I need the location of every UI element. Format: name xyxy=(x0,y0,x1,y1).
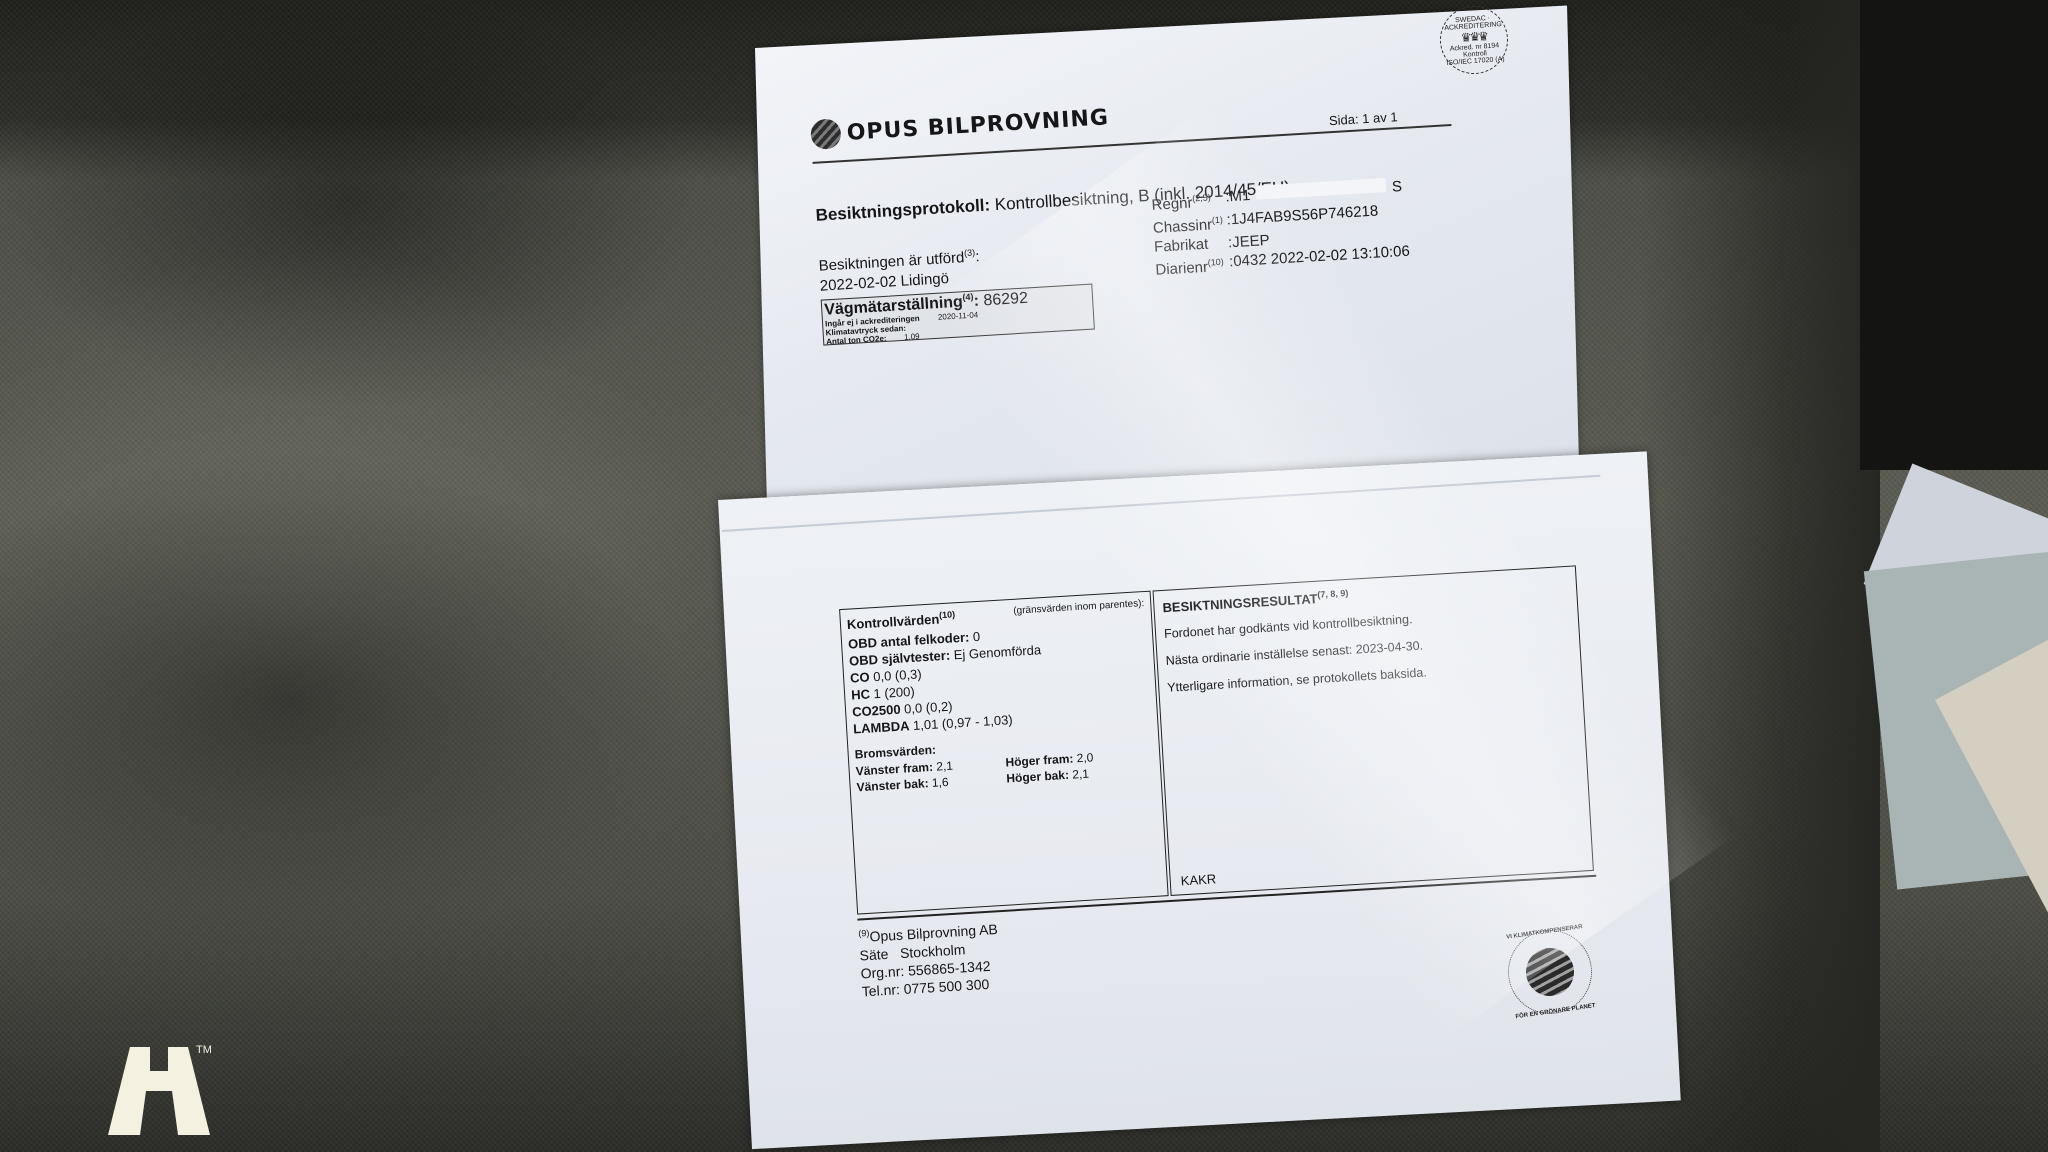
control-values-list: OBD antal felkoder: 0OBD självtester: Ej… xyxy=(848,618,1152,737)
company-info: (9)Opus Bilprovning AB Säte Stockholm Or… xyxy=(858,916,1002,1000)
brake-value: 2,0 xyxy=(1076,751,1093,766)
trademark-label: TM xyxy=(196,1044,212,1056)
regnr-value-end: S xyxy=(1391,177,1402,201)
page-of: av xyxy=(1373,110,1388,126)
control-value-label: CO2500 xyxy=(852,702,901,720)
inspector-code: KAKR xyxy=(1180,871,1216,888)
cv-title-text: Kontrollvärden xyxy=(847,612,940,632)
seat-label: Säte xyxy=(859,945,889,963)
seat-seam xyxy=(1640,0,1880,1152)
footnote: (10) xyxy=(939,609,956,620)
brake-label: Höger bak: xyxy=(1006,768,1069,786)
control-values-title: Kontrollvärden(10) xyxy=(846,609,955,632)
page-indicator: Sida: 1 av 1 xyxy=(1329,109,1398,128)
title-label: Besiktningsprotokoll: xyxy=(815,195,991,224)
dark-gap xyxy=(1860,0,2048,470)
brake-value: 1,6 xyxy=(932,775,949,790)
brake-value: 2,1 xyxy=(1072,767,1089,782)
shadow xyxy=(0,430,720,970)
brake-value: 2,1 xyxy=(936,759,953,774)
page-current: 1 xyxy=(1362,111,1370,126)
control-value-label: CO xyxy=(850,670,870,686)
page-total: 1 xyxy=(1390,109,1398,124)
globe-logo-icon xyxy=(810,118,842,150)
control-value-label: HC xyxy=(851,687,871,703)
control-value: 0,0 (0,3) xyxy=(873,667,922,685)
control-values-box: Kontrollvärden(10) (gränsvärden inom par… xyxy=(839,591,1169,915)
co2-value: 1,09 xyxy=(904,332,920,342)
footnote: (3) xyxy=(964,247,976,258)
control-value-label: LAMBDA xyxy=(853,719,910,737)
control-value: 0,0 (0,2) xyxy=(904,699,953,717)
control-value: 1 (200) xyxy=(873,684,915,701)
control-value: 1,01 (0,97 - 1,03) xyxy=(913,712,1013,733)
page-label: Sida: xyxy=(1329,111,1359,128)
brand-h-logo-icon xyxy=(108,1047,210,1135)
footnote: (9) xyxy=(858,928,870,939)
swedac-standard: ISO/IEC 17020 (A) xyxy=(1446,55,1505,66)
brake-label: Vänster bak: xyxy=(856,776,929,794)
control-value: 0 xyxy=(972,629,980,644)
